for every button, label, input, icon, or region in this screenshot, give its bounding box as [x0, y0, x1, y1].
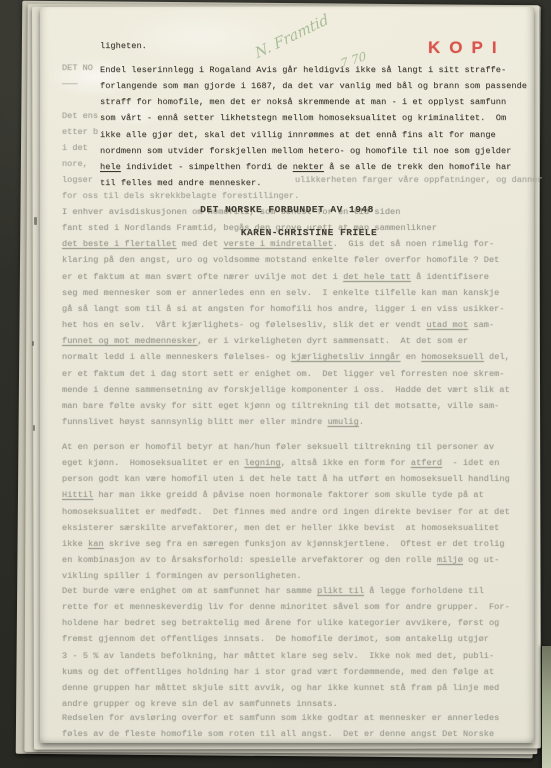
- ghost-text-fragment: i det: [62, 143, 88, 153]
- ghost-text-fragment: for oss til dels skrekkbelagte forestill…: [62, 191, 299, 201]
- typed-line: vikling spiller i formingen av personlig…: [62, 568, 510, 584]
- typed-line: holdene har bedret seg betraktelig med å…: [62, 615, 510, 631]
- typed-line: er et faktum at man svært ofte nærer uvi…: [62, 269, 510, 285]
- ghost-text-fragment: Det ens: [62, 111, 98, 121]
- paper-edge-mark: [33, 425, 35, 431]
- typed-line: Redselen for avsløring overfor et samfun…: [62, 710, 499, 726]
- typed-line: funnslivet høyst sannsynlig blitt mer el…: [62, 414, 510, 430]
- continuation-text: ligheten.: [100, 38, 147, 54]
- paper-edge-mark: [32, 341, 34, 346]
- background-object-edge: [542, 646, 551, 768]
- typed-line: nordmenn som utvider forskjellen mellom …: [100, 143, 527, 159]
- typed-line: het hos en selv. Vårt kjærlighets- og fø…: [62, 317, 510, 333]
- typed-line: eget kjønn. Homoseksualitet er en legnin…: [62, 455, 510, 471]
- typed-line: Det burde være enighet om at samfunnet h…: [62, 583, 510, 599]
- ghost-text-fragment: etter b: [62, 127, 98, 137]
- typed-line: denne gruppen har måttet skjule sitt avv…: [62, 680, 510, 696]
- ghost-text-fragment: nore,: [62, 159, 88, 169]
- document-page: KOPI N. Framtid 7 70 ligheten. DET NO———…: [40, 7, 534, 743]
- typed-line: normalt ledd i alle menneskers følelses-…: [62, 349, 510, 365]
- typed-line: straff for homofile, men det er nokså sk…: [100, 94, 527, 110]
- typed-line: er et faktum det i dag stort sett er eni…: [62, 366, 510, 382]
- paper-edge-mark: [34, 217, 37, 225]
- kopi-stamp: KOPI: [428, 38, 506, 58]
- typed-line: ikke kan skrive seg fra en særegen funks…: [62, 536, 510, 552]
- typed-line: til felles med andre mennesker.: [100, 175, 527, 191]
- typed-line: gå så langt som til å si at angsten for …: [62, 301, 510, 317]
- typed-paragraph-faded-b: At en person er homofil betyr at han/hun…: [62, 439, 510, 584]
- photo-background: KOPI N. Framtid 7 70 ligheten. DET NO———…: [0, 0, 551, 768]
- typed-paragraph-faded-c: Det burde være enighet om at samfunnet h…: [62, 583, 510, 712]
- typed-line: klaring på den angst, uro og voldsomme m…: [62, 252, 510, 268]
- typed-line: som vårt - ennå setter likhetstegn mello…: [100, 110, 527, 126]
- organization-name: DET NORSKE FORBUNDET AV 1948: [40, 204, 534, 215]
- typed-line: At en person er homofil betyr at han/hun…: [62, 439, 510, 455]
- typed-line: Hittil har man ikke greidd å påvise noen…: [62, 487, 510, 503]
- typed-line: seg med mennesker som er annerledes enn …: [62, 285, 510, 301]
- typed-line: Endel leserinnlegg i Rogaland Avis går h…: [100, 62, 527, 78]
- typed-line: ikke alle gjør det, skal det villig innr…: [100, 127, 527, 143]
- typed-line: det beste i flertallet med det verste i …: [62, 236, 510, 252]
- typed-line: forlangende som man gjorde i 1687, da de…: [100, 78, 527, 94]
- typed-line: kums og det offentliges holdning har i s…: [62, 664, 510, 680]
- typed-line: homoseksualitet er medfødt. Det finnes m…: [62, 504, 510, 520]
- typed-line: en kombinasjon av to årsaksforhold: spes…: [62, 552, 510, 568]
- typed-paragraph-dark: Endel leserinnlegg i Rogaland Avis går h…: [100, 62, 527, 191]
- typed-paragraph-faded-d: Redselen for avsløring overfor et samfun…: [62, 710, 499, 742]
- typed-line: funnet og mot medmennesker, er i virkeli…: [62, 333, 510, 349]
- ghost-text-fragment: DET NO: [62, 63, 93, 73]
- typed-line: man bare følte avsky for sitt eget kjønn…: [62, 398, 510, 414]
- typed-line: eksisterer særskilte arvefaktorer, men d…: [62, 520, 510, 536]
- author-name: KAREN-CHRISTINE FRIELE: [62, 227, 551, 238]
- typed-line: person godt kan være homofil uten i det …: [62, 471, 510, 487]
- typed-line: føles av de fleste homofile som roten ti…: [62, 726, 499, 742]
- typed-line: mende i denne sammensetning av forskjell…: [62, 382, 510, 398]
- typed-line: fremst gjennom det offentliges innsats. …: [62, 631, 510, 647]
- ghost-text-fragment: logser: [62, 175, 93, 185]
- handwritten-annotation-source: N. Framtid: [254, 12, 331, 62]
- typed-line: hele individet - simpelthen fordi de nek…: [100, 159, 527, 175]
- typed-line: 3 - 5 % av landets befolkning, har måtte…: [62, 648, 510, 664]
- typed-line: rette for et menneskeverdig liv for denn…: [62, 599, 510, 615]
- ghost-text-fragment: ———: [62, 79, 77, 89]
